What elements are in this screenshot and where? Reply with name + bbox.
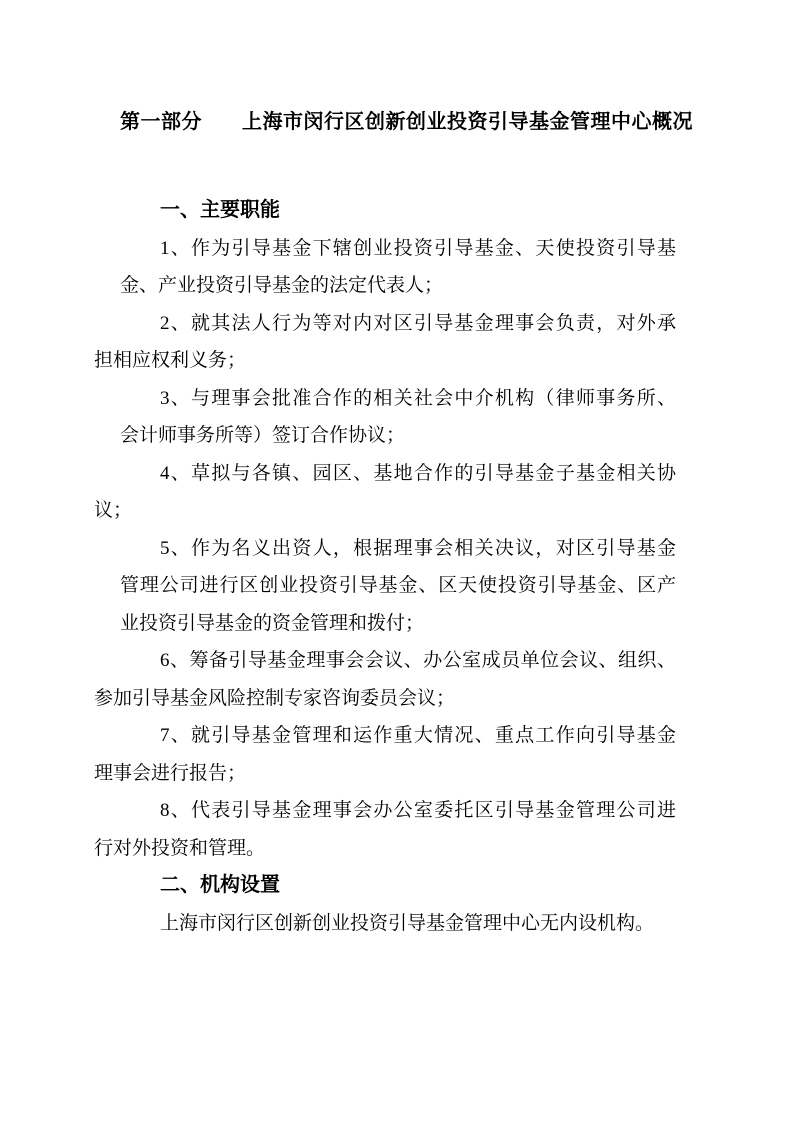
body-line: 担相应权利义务； [94, 342, 676, 380]
body-line: 金、产业投资引导基金的法定代表人； [120, 267, 676, 305]
document-title: 第一部分上海市闵行区创新创业投资引导基金管理中心概况 [120, 106, 676, 138]
section-1-heading: 一、主要职能 [120, 192, 676, 230]
body-line: 8、代表引导基金理事会办公室委托区引导基金管理公司进 [120, 792, 676, 830]
body-line: 3、与理事会批准合作的相关社会中介机构（律师事务所、 [120, 380, 676, 418]
body-line: 5、作为名义出资人，根据理事会相关决议，对区引导基金 [120, 530, 676, 568]
body-line: 1、作为引导基金下辖创业投资引导基金、天使投资引导基 [120, 230, 676, 268]
body-line: 4、草拟与各镇、园区、基地合作的引导基金子基金相关协 [120, 455, 676, 493]
body-line: 理事会进行报告； [94, 755, 676, 793]
document-content: 第一部分上海市闵行区创新创业投资引导基金管理中心概况 一、主要职能 1、作为引导… [120, 106, 676, 942]
title-part-label: 第一部分 [120, 111, 202, 133]
body-line: 参加引导基金风险控制专家咨询委员会议； [94, 680, 676, 718]
body-line: 2、就其法人行为等对内对区引导基金理事会负责，对外承 [120, 305, 676, 343]
body-line: 上海市闵行区创新创业投资引导基金管理中心无内设机构。 [120, 905, 676, 943]
body-line: 议； [94, 492, 676, 530]
document-page: 第一部分上海市闵行区创新创业投资引导基金管理中心概况 一、主要职能 1、作为引导… [0, 0, 793, 1122]
body-line: 管理公司进行区创业投资引导基金、区天使投资引导基金、区产 [120, 567, 676, 605]
section-2-heading: 二、机构设置 [120, 867, 676, 905]
body-line: 会计师事务所等）签订合作协议； [120, 417, 676, 455]
body-line: 业投资引导基金的资金管理和拨付； [120, 605, 676, 643]
title-main-text: 上海市闵行区创新创业投资引导基金管理中心概况 [242, 111, 693, 133]
body-line: 行对外投资和管理。 [94, 830, 676, 868]
body-line: 6、筹备引导基金理事会会议、办公室成员单位会议、组织、 [120, 642, 676, 680]
body-line: 7、就引导基金管理和运作重大情况、重点工作向引导基金 [120, 717, 676, 755]
